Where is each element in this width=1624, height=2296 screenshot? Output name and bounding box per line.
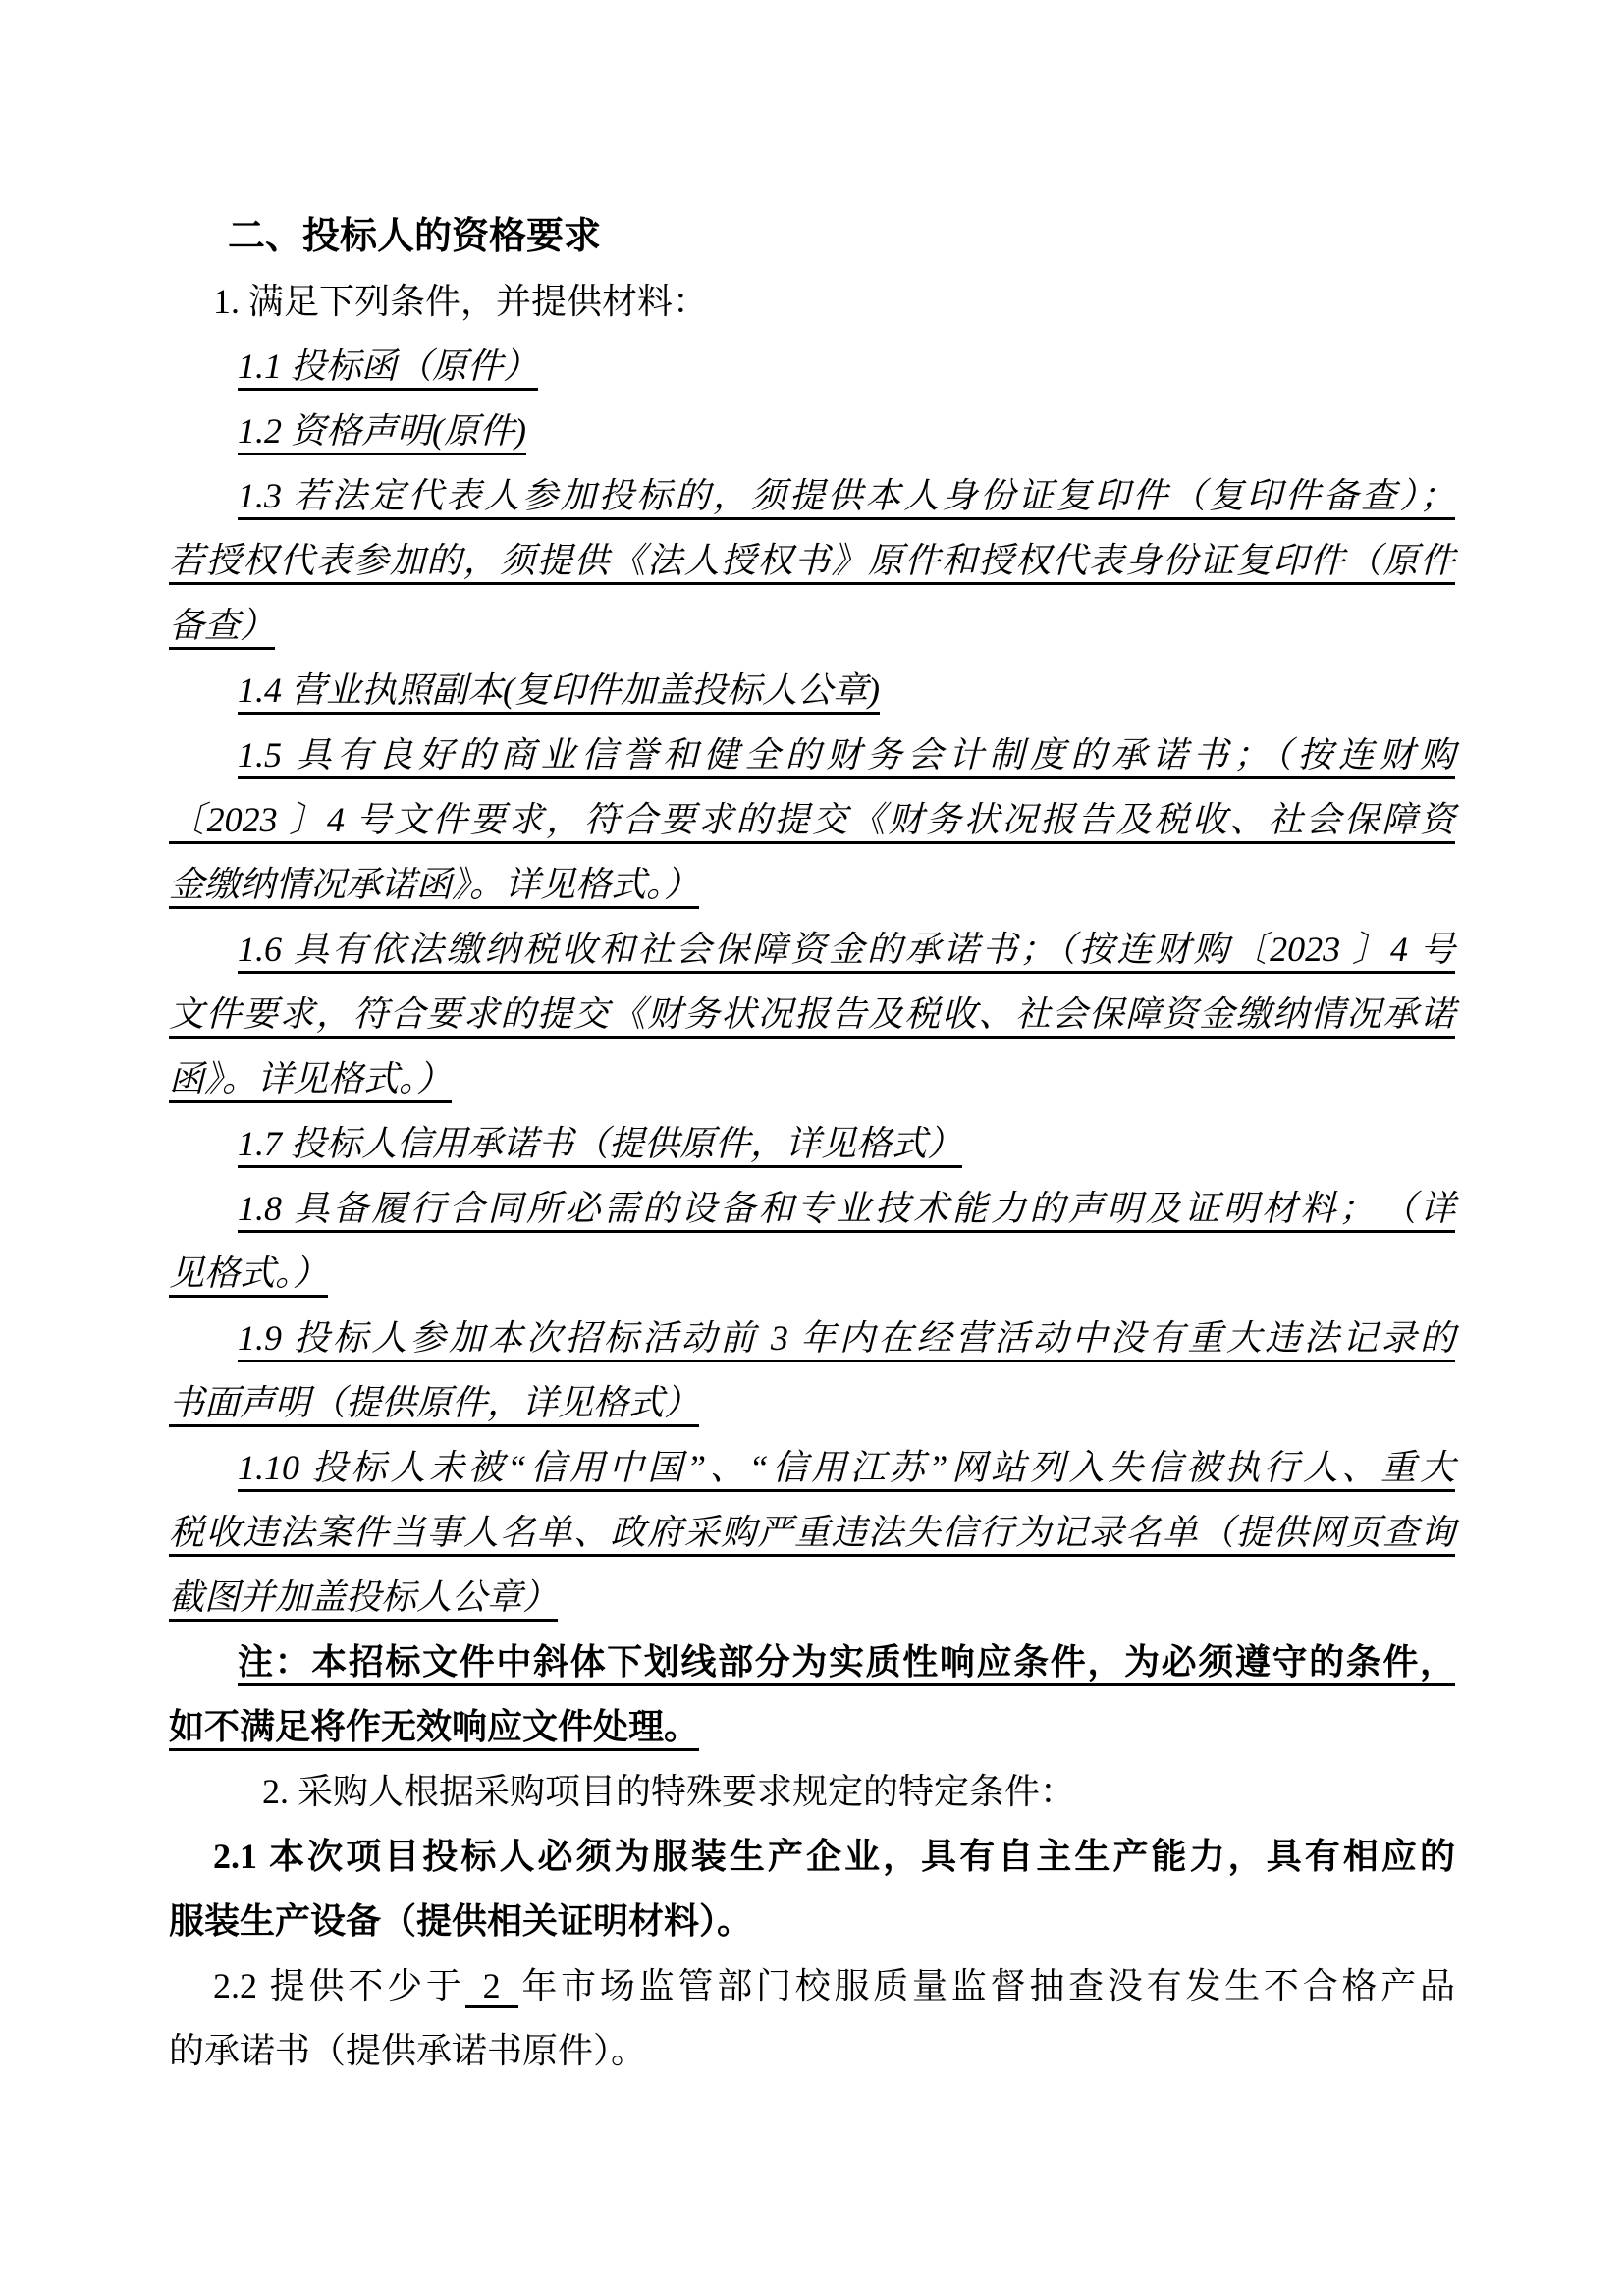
section-heading: 二、投标人的资格要求 [169,204,1455,269]
item-1-2: 1.2 资格声明(原件) [169,399,1455,463]
item-1-6-line-3: 函》。详见格式。） [169,1046,1455,1111]
item-1-9-line-2: 书面声明（提供原件，详见格式） [169,1370,1455,1435]
item-2-1-line-2: 服装生产设备（提供相关证明材料）。 [169,1889,1455,1953]
item-2-2-line-1: 2.2 提供不少于2年市场监管部门校服质量监督抽查没有发生不合格产品 [169,1953,1455,2018]
item-1-5-line-3: 金缴纳情况承诺函》。详见格式。） [169,852,1455,917]
item-2-2-blank-value: 2 [465,1966,518,2008]
item-1-6-line-1: 1.6 具有依法缴纳税收和社会保障资金的承诺书；（按连财购〔2023 〕4 号 [169,917,1455,982]
item-1-3-line-1: 1.3 若法定代表人参加投标的，须提供本人身份证复印件（复印件备查）； [169,463,1455,528]
item-1-4: 1.4 营业执照副本(复印件加盖投标人公章) [169,658,1455,722]
item-1-10-line-2: 税收违法案件当事人名单、政府采购严重违法失信行为记录名单（提供网页查询 [169,1500,1455,1565]
item-1-7: 1.7 投标人信用承诺书（提供原件，详见格式） [169,1111,1455,1176]
item-2-1-line-1: 2.1 本次项目投标人必须为服装生产企业，具有自主生产能力，具有相应的 [169,1824,1455,1889]
item-1-6-line-2: 文件要求，符合要求的提交《财务状况报告及税收、社会保障资金缴纳情况承诺 [169,982,1455,1046]
note-line-2: 如不满足将作无效响应文件处理。 [169,1694,1455,1759]
item-1-10-line-3: 截图并加盖投标人公章） [169,1565,1455,1629]
item-1-3-line-3: 备查） [169,593,1455,658]
item-1-8-line-1: 1.8 具备履行合同所必需的设备和专业技术能力的声明及证明材料； （详 [169,1176,1455,1241]
item-1-3-line-2: 若授权代表参加的，须提供《法人授权书》原件和授权代表身份证复印件（原件 [169,528,1455,593]
item-1-8-line-2: 见格式。） [169,1241,1455,1306]
para-2: 2. 采购人根据采购项目的特殊要求规定的特定条件： [169,1759,1455,1824]
item-1-5-line-2: 〔2023 〕4 号文件要求，符合要求的提交《财务状况报告及税收、社会保障资 [169,787,1455,852]
item-1-5-line-1: 1.5 具有良好的商业信誉和健全的财务会计制度的承诺书；（按连财购 [169,722,1455,787]
item-2-2-line-2: 的承诺书（提供承诺书原件）。 [169,2018,1455,2083]
item-2-2-suffix: 年市场监管部门校服质量监督抽查没有发生不合格产品 [518,1966,1455,2005]
item-2-2-prefix: 2.2 提供不少于 [213,1966,465,2005]
para-intro: 1. 满足下列条件，并提供材料： [169,269,1455,334]
item-1-10-line-1: 1.10 投标人未被“信用中国”、“信用江苏”网站列入失信被执行人、重大 [169,1435,1455,1500]
document-page: 二、投标人的资格要求 1. 满足下列条件，并提供材料： 1.1 投标函（原件） … [0,0,1624,2296]
item-1-9-line-1: 1.9 投标人参加本次招标活动前 3 年内在经营活动中没有重大违法记录的 [169,1306,1455,1370]
item-1-1: 1.1 投标函（原件） [169,334,1455,399]
note-line-1: 注：本招标文件中斜体下划线部分为实质性响应条件，为必须遵守的条件， [169,1629,1455,1694]
